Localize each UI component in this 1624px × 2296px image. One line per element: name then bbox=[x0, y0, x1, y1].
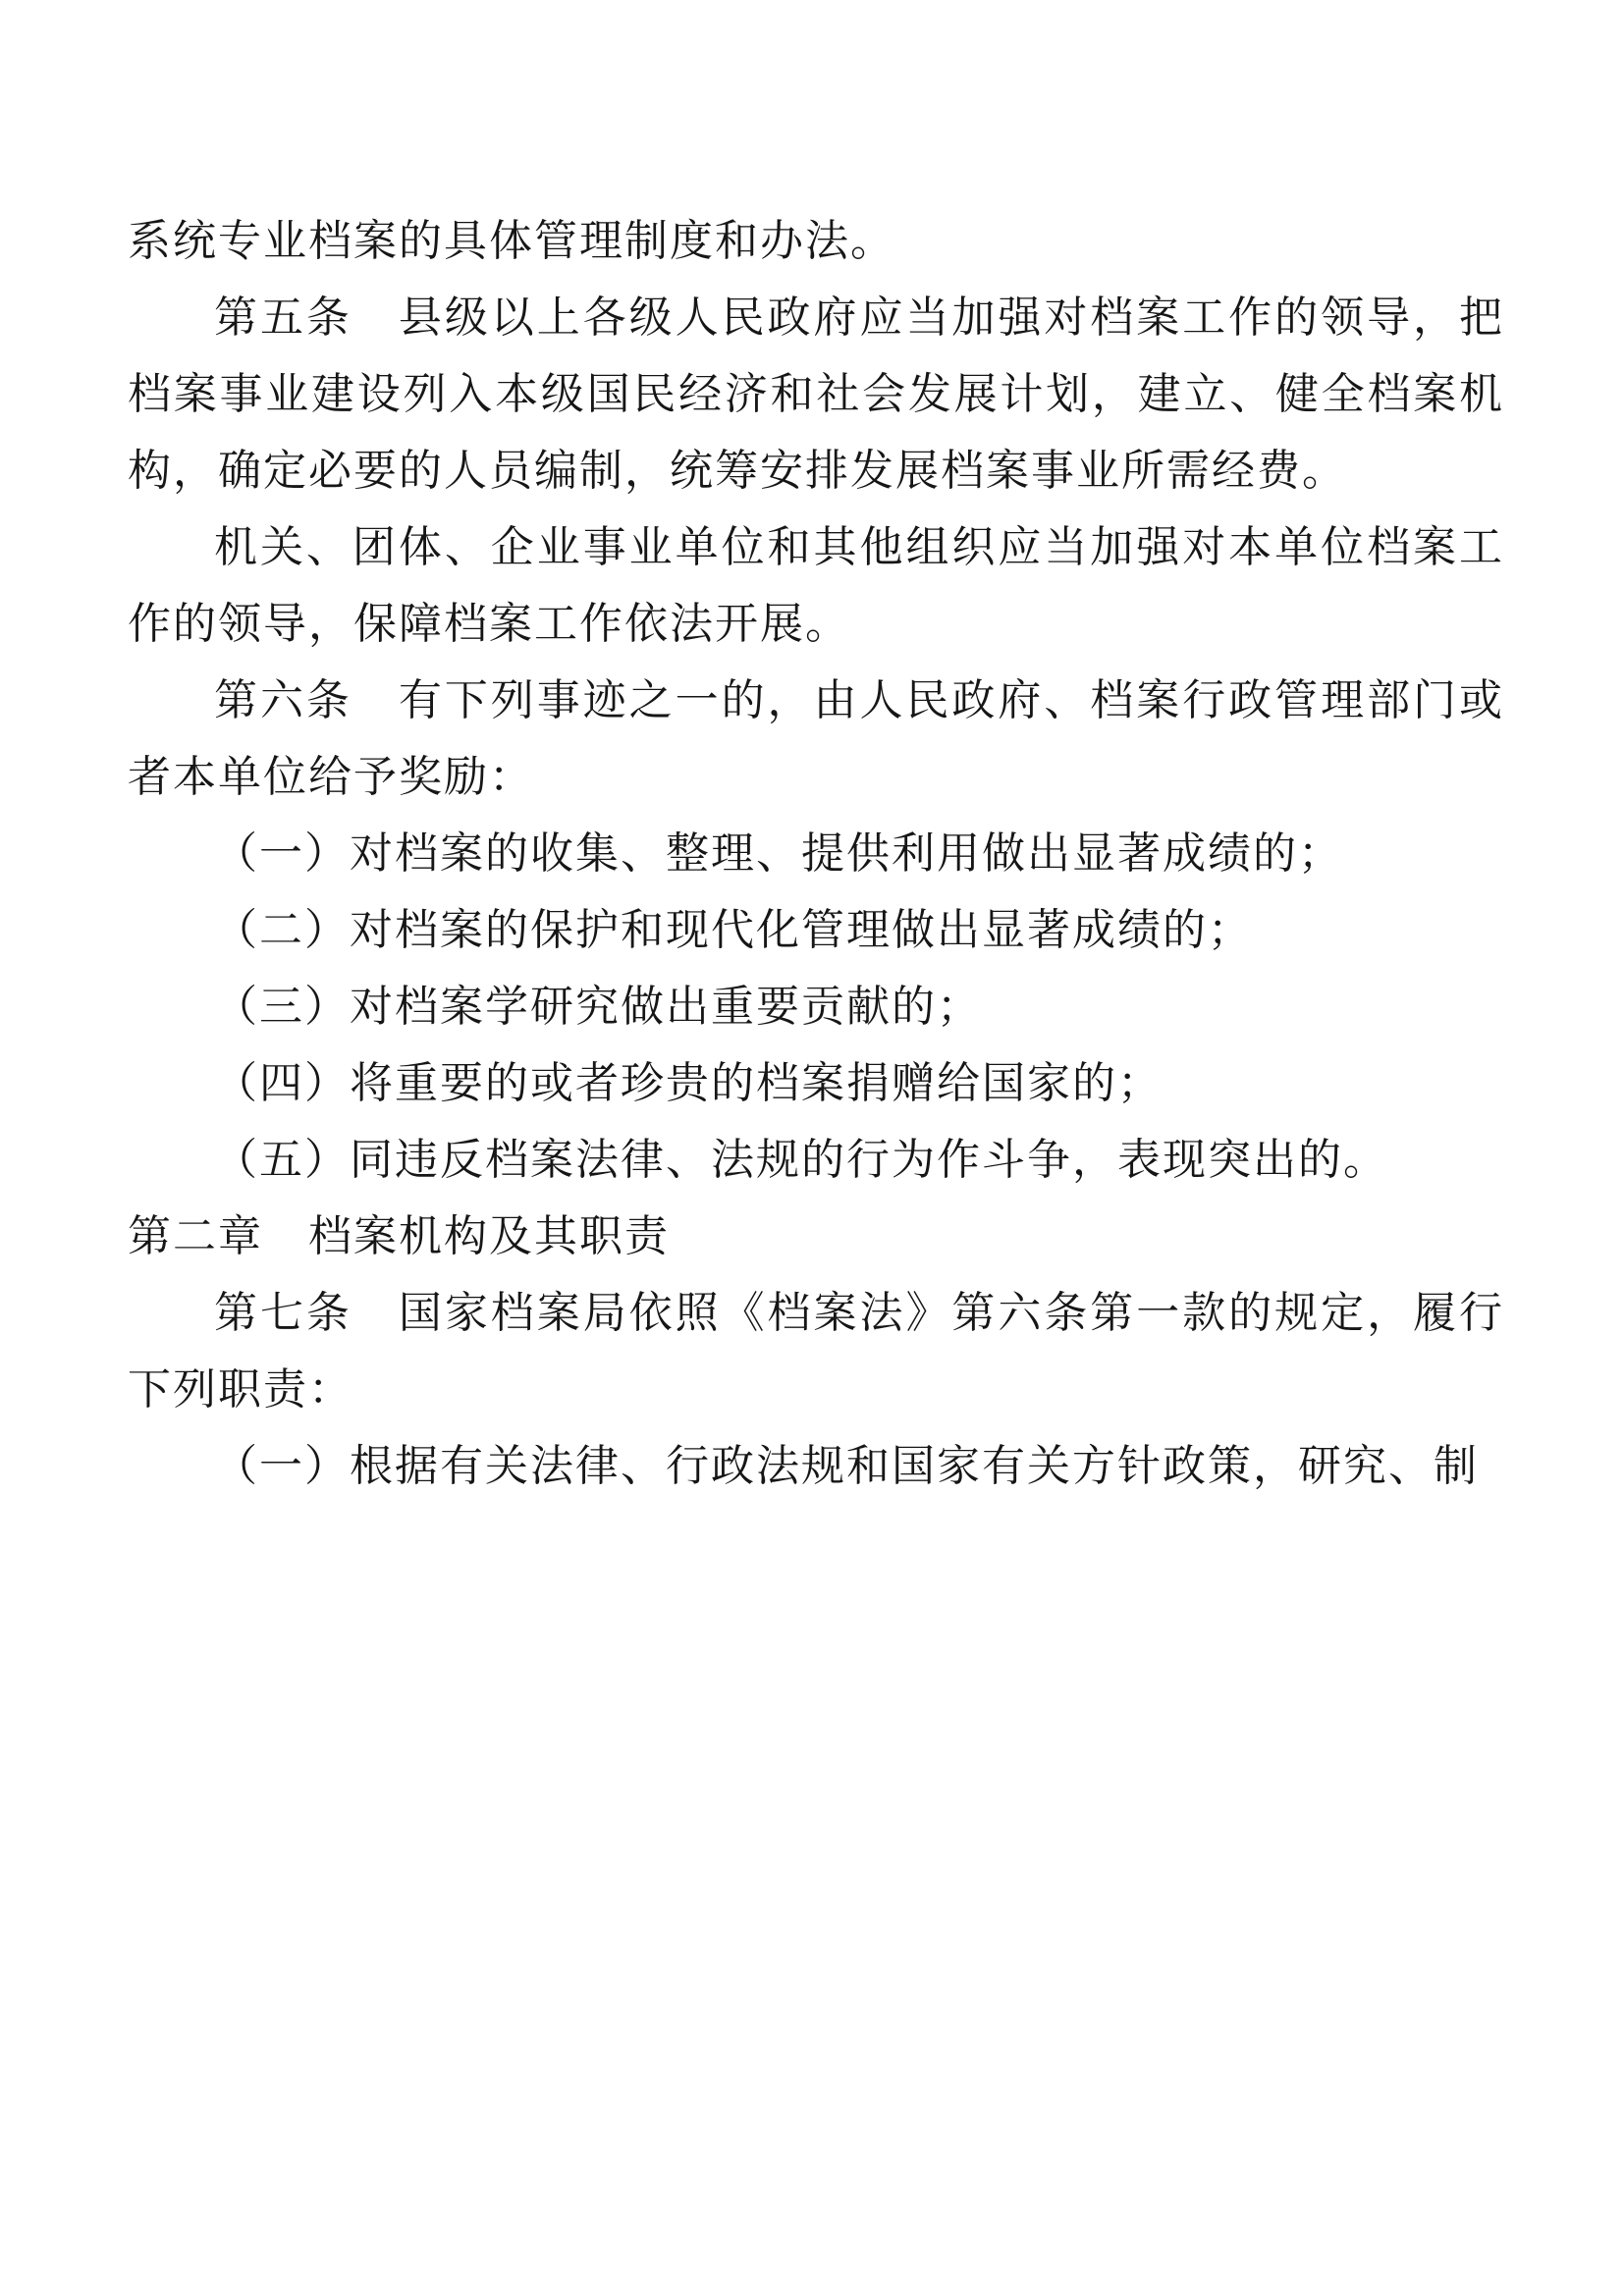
duty-item-1: （一）根据有关法律、行政法规和国家有关方针政策，研究、制 bbox=[128, 1428, 1504, 1505]
paragraph-article-6-intro: 第六条 有下列事迹之一的，由人民政府、档案行政管理部门或者本单位给予奖励： bbox=[128, 663, 1504, 816]
award-item-1: （一）对档案的收集、整理、提供利用做出显著成绩的； bbox=[128, 816, 1504, 892]
award-item-3: （三）对档案学研究做出重要贡献的； bbox=[128, 969, 1504, 1045]
award-item-4: （四）将重要的或者珍贵的档案捐赠给国家的； bbox=[128, 1045, 1504, 1122]
paragraph-continuation: 系统专业档案的具体管理制度和办法。 bbox=[128, 203, 1504, 280]
award-item-5: （五）同违反档案法律、法规的行为作斗争，表现突出的。 bbox=[128, 1122, 1504, 1199]
paragraph-article-7-intro: 第七条 国家档案局依照《档案法》第六条第一款的规定，履行下列职责： bbox=[128, 1275, 1504, 1428]
paragraph-article-5: 第五条 县级以上各级人民政府应当加强对档案工作的领导，把档案事业建设列入本级国民… bbox=[128, 280, 1504, 509]
award-item-2: （二）对档案的保护和现代化管理做出显著成绩的； bbox=[128, 892, 1504, 969]
chapter-2-heading: 第二章 档案机构及其职责 bbox=[128, 1199, 1504, 1275]
document-page: 系统专业档案的具体管理制度和办法。 第五条 县级以上各级人民政府应当加强对档案工… bbox=[0, 0, 1624, 2296]
paragraph-org-duty: 机关、团体、企业事业单位和其他组织应当加强对本单位档案工作的领导，保障档案工作依… bbox=[128, 509, 1504, 663]
